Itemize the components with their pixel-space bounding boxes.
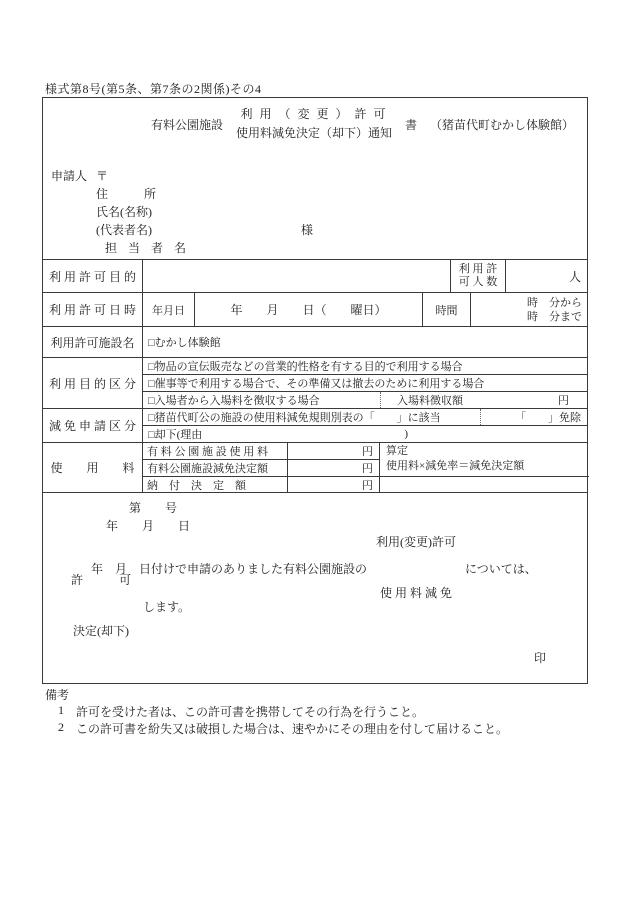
purpose-label: 利 用 許 可 目 的 bbox=[43, 260, 143, 292]
form-title: 有料公園施設 利 用 （ 変 更 ） 許 可 使用料減免決定（却下）通知 書 （… bbox=[151, 105, 574, 143]
form-outer-box: 有料公園施設 利 用 （ 変 更 ） 許 可 使用料減免決定（却下）通知 書 （… bbox=[42, 97, 588, 684]
decision-type-permit: 利用(変更)許可 bbox=[376, 534, 456, 551]
verb-decide-reject: 決定(却下) bbox=[71, 623, 131, 640]
title-prefix: 有料公園施設 bbox=[151, 116, 223, 133]
exemption-label: 減 免 申 請 区 分 bbox=[43, 409, 143, 442]
decision-type-exemption: 使 用 料 減 免 bbox=[376, 585, 456, 602]
row-purpose-class: 利 用 目 的 区 分 □物品の宣伝販売などの営業的性格を有する目的で利用する場… bbox=[43, 358, 587, 409]
capacity-unit: 人 bbox=[506, 260, 587, 292]
row-facility: 利用許可施設名 □むかし体験館 bbox=[43, 327, 587, 358]
fee-calc-cell: 算定 使用料×減免率＝減免決定額 bbox=[380, 443, 589, 477]
note-2-text: この許可書を紛失又は破損した場合は、速やかにその理由を付して届けること。 bbox=[76, 720, 508, 737]
fee-payment-label: 納 付 決 定 額 bbox=[143, 477, 288, 492]
fee-calc-formula: 使用料×減免率＝減免決定額 bbox=[386, 459, 583, 474]
document-date: 年 月 日 bbox=[106, 517, 190, 534]
staff-label: 担 当 者 名 bbox=[105, 239, 190, 256]
decision-sentence: 年 月 日付けで申請のありました有料公園施設の 利用(変更)許可 使 用 料 減… bbox=[91, 549, 537, 587]
fee-payment-unit: 円 bbox=[288, 477, 379, 492]
row-exemption: 減 免 申 請 区 分 □猪苗代町公の施設の使用料減免規則別表の「 」に該当 「… bbox=[43, 409, 587, 443]
fee-calc-cells: 算定 使用料×減免率＝減免決定額 bbox=[380, 443, 589, 492]
row-fee: 使 用 料 有 料 公 園 施 設 使 用 料 円 有料公園施設減免決定額 円 … bbox=[43, 443, 587, 493]
decision-verb: 許 可 決定(却下) します。 bbox=[71, 588, 190, 624]
fee-calc-empty-cell bbox=[380, 477, 589, 492]
capacity-label-line2: 可 人 数 bbox=[459, 276, 498, 289]
note-1-text: 許可を受けた者は、この許可書を携帯してその行為を行うこと。 bbox=[76, 703, 424, 720]
time-from: 時 分から bbox=[527, 296, 582, 310]
document-number: 第 号 bbox=[129, 499, 177, 516]
note-2-number: 2 bbox=[58, 720, 76, 737]
capacity-label-line1: 利 用 許 bbox=[459, 263, 498, 276]
facility-checkbox-mukashi: □むかし体験館 bbox=[143, 327, 587, 357]
title-line2: 使用料減免決定（却下）通知 bbox=[236, 124, 392, 143]
title-sho: 書 bbox=[405, 116, 417, 133]
time-to: 時 分まで bbox=[527, 310, 582, 324]
fee-usage-unit: 円 bbox=[288, 443, 379, 459]
admission-amount-label: 入場料徴収額 bbox=[381, 392, 463, 408]
date-value: 年 月 日（ 曜日） bbox=[195, 293, 423, 326]
title-stack: 利 用 （ 変 更 ） 許 可 使用料減免決定（却下）通知 bbox=[236, 105, 392, 143]
row-purpose: 利 用 許 可 目 的 利 用 許 可 人 数 人 bbox=[43, 260, 587, 293]
honorific: 様 bbox=[301, 221, 313, 238]
checkbox-exemption-rule: □猪苗代町公の施設の使用料減免規則別表の「 」に該当 bbox=[143, 409, 481, 425]
fee-calc-label: 算定 bbox=[386, 444, 583, 459]
fee-label: 使 用 料 bbox=[43, 443, 143, 492]
exemption-cells: □猪苗代町公の施設の使用料減免規則別表の「 」に該当 「 」免除 □却下(理由 … bbox=[143, 409, 587, 442]
facility-label: 利用許可施設名 bbox=[43, 327, 143, 357]
decision-type-stack: 利用(変更)許可 使 用 料 減 免 bbox=[376, 500, 456, 636]
row-datetime: 利 用 許 可 日 時 年月日 年 月 日（ 曜日） 時間 時 分から 時 分ま… bbox=[43, 293, 587, 327]
checkbox-admission-row: □入場者から入場料を徴収する場合 入場料徴収額 円 bbox=[143, 392, 587, 408]
checkbox-event-setup: □催事等で利用する場合で、その準備又は撤去のために利用する場合 bbox=[143, 375, 587, 392]
verb-suffix: します。 bbox=[143, 598, 190, 615]
purpose-value-cell bbox=[143, 260, 451, 292]
document-page: 様式第8号(第5条、第7条の2関係)その4 有料公園施設 利 用 （ 変 更 ）… bbox=[0, 0, 630, 915]
checkbox-rejection: □却下(理由 bbox=[143, 426, 202, 442]
representative-label: (代表者名) bbox=[96, 221, 152, 238]
exemption-rule-row: □猪苗代町公の施設の使用料減免規則別表の「 」に該当 「 」免除 bbox=[143, 409, 587, 426]
checkbox-admission-fee: □入場者から入場料を徴収する場合 bbox=[143, 392, 381, 408]
form-table: 利 用 許 可 目 的 利 用 許 可 人 数 人 利 用 許 可 日 時 年月… bbox=[43, 259, 587, 493]
exemption-rate-cell: 「 」免除 bbox=[481, 409, 587, 425]
fee-usage-label: 有 料 公 園 施 設 使 用 料 bbox=[143, 443, 288, 459]
address-label: 住 所 bbox=[96, 185, 156, 202]
capacity-label: 利 用 許 可 人 数 bbox=[451, 260, 506, 292]
note-1-number: 1 bbox=[58, 703, 76, 720]
name-label: 氏名(名称) bbox=[96, 203, 152, 220]
date-sublabel: 年月日 bbox=[143, 293, 195, 326]
time-range: 時 分から 時 分まで bbox=[471, 293, 587, 326]
verb-stack: 許 可 決定(却下) bbox=[71, 538, 131, 674]
exemption-reject-row: □却下(理由 ) bbox=[143, 426, 587, 442]
fee-exemption-unit: 円 bbox=[288, 460, 379, 476]
title-facility: （猪苗代町むかし体験館） bbox=[430, 116, 574, 133]
postal-mark: 〒 bbox=[96, 167, 108, 184]
fee-usage-row: 有 料 公 園 施 設 使 用 料 円 bbox=[143, 443, 379, 460]
rejection-close-paren: ) bbox=[404, 428, 408, 440]
time-sublabel: 時間 bbox=[423, 293, 471, 326]
notes-label: 備考 bbox=[45, 686, 69, 703]
fee-mid-cells: 有 料 公 園 施 設 使 用 料 円 有料公園施設減免決定額 円 納 付 決 … bbox=[143, 443, 380, 492]
decision-sentence-start: 年 月 日付けで申請のありました有料公園施設の bbox=[91, 560, 367, 577]
title-line1: 利 用 （ 変 更 ） 許 可 bbox=[236, 105, 392, 124]
note-item-1: 1 許可を受けた者は、この許可書を携帯してその行為を行うこと。 bbox=[58, 703, 424, 720]
purpose-class-label: 利 用 目 的 区 分 bbox=[43, 358, 143, 408]
purpose-class-cells: □物品の宣伝販売などの営業的性格を有する目的で利用する場合 □催事等で利用する場… bbox=[143, 358, 587, 408]
note-item-2: 2 この許可書を紛失又は破損した場合は、速やかにその理由を付して届けること。 bbox=[58, 720, 508, 737]
datetime-label: 利 用 許 可 日 時 bbox=[43, 293, 143, 326]
applicant-label: 申請人 bbox=[51, 167, 87, 184]
seal-mark: 印 bbox=[534, 649, 546, 666]
admission-amount-cell: 入場料徴収額 円 bbox=[381, 392, 587, 408]
admission-amount-unit: 円 bbox=[558, 392, 587, 408]
verb-permit: 許 可 bbox=[71, 572, 131, 589]
form-number: 様式第8号(第5条、第7条の2関係)その4 bbox=[45, 80, 262, 97]
decision-sentence-end: については、 bbox=[465, 560, 537, 577]
fee-exemption-label: 有料公園施設減免決定額 bbox=[143, 460, 288, 476]
fee-payment-row: 納 付 決 定 額 円 bbox=[143, 477, 379, 492]
checkbox-sales-purpose: □物品の宣伝販売などの営業的性格を有する目的で利用する場合 bbox=[143, 358, 587, 375]
fee-exemption-row: 有料公園施設減免決定額 円 bbox=[143, 460, 379, 477]
